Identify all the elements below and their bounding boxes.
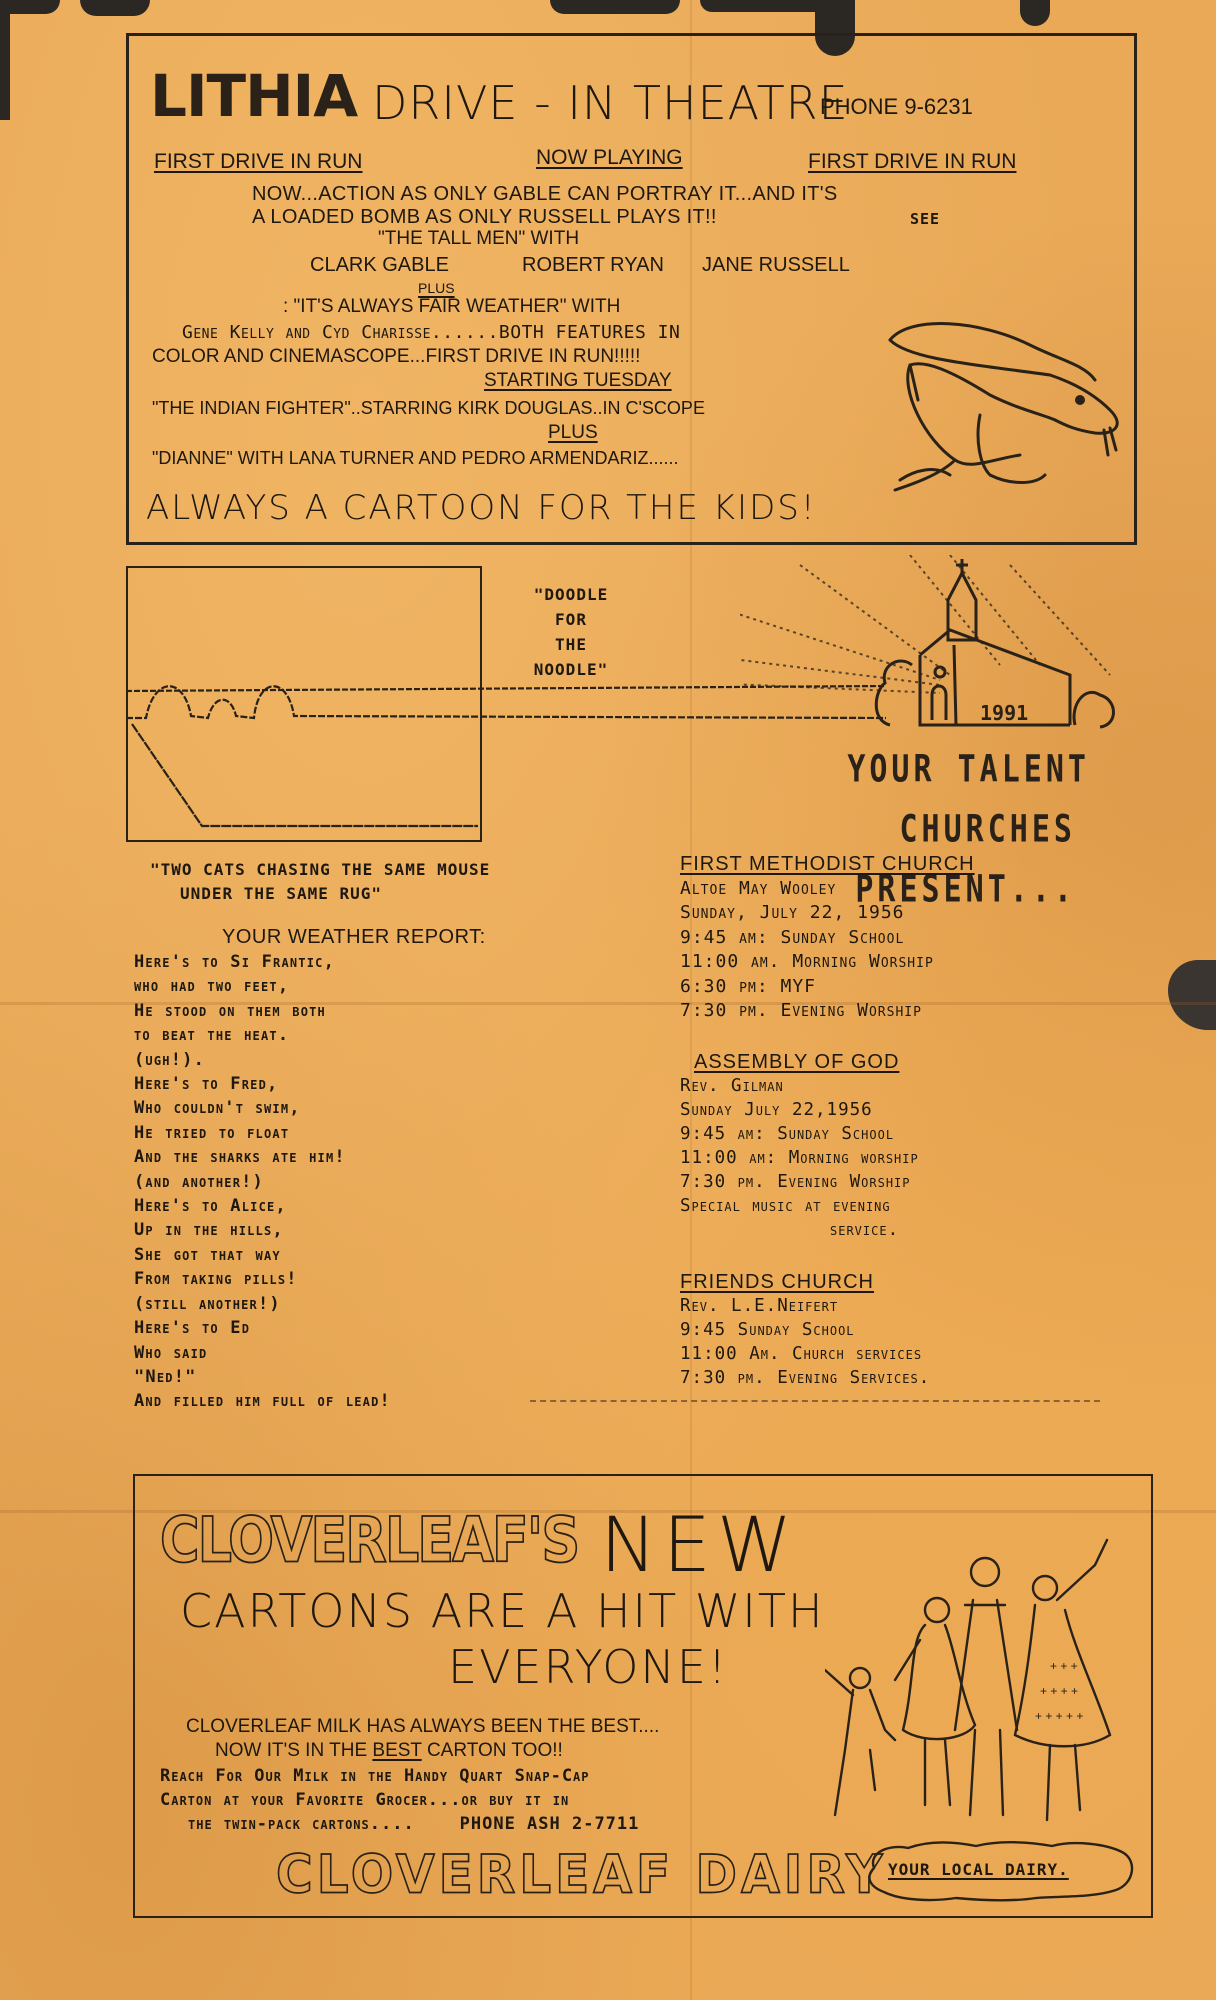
family-illustration: + + ++ + + + + + + + +	[825, 1530, 1135, 1830]
church-line: 6:30 pm: MYF	[680, 975, 975, 1000]
dairy-body-4: Carton at your Favorite Grocer...or buy …	[160, 1790, 569, 1810]
dairy-brand: CLOVERLEAF DAIRY	[276, 1844, 886, 1905]
caption-line: "TWO CATS CHASING THE SAME MOUSE	[150, 858, 490, 882]
poem-line: (and another!)	[134, 1170, 391, 1194]
color-cinemascope: COLOR AND CINEMASCOPE...FIRST DRIVE IN R…	[152, 346, 640, 368]
burned-edge	[80, 0, 150, 16]
feature-tall-men: "THE TALL MEN" WITH	[378, 228, 579, 250]
rabbit-illustration	[870, 300, 1120, 530]
doodle-caption: "TWO CATS CHASING THE SAME MOUSE UNDER T…	[150, 858, 490, 906]
church-line: service.	[680, 1218, 919, 1242]
weather-poem: Here's to Si Frantic,who had two feet,He…	[134, 950, 391, 1414]
poem-line: Here's to Ed	[134, 1316, 391, 1340]
church-line: 11:00 am. Morning Worship	[680, 950, 975, 975]
plus-label-2: PLUS	[548, 422, 598, 444]
dairy-headline-brand: CLOVERLEAF'S	[160, 1504, 578, 1576]
poem-line: (ugh!).	[134, 1048, 391, 1072]
dairy-headline-new: NEW	[600, 1500, 798, 1589]
church-name: FIRST METHODIST CHURCH	[680, 852, 975, 877]
church-line: 7:30 pm. Evening Worship	[680, 999, 975, 1024]
cast-kelly-charisse: Gene Kelly and Cyd Charisse......BOTH FE…	[182, 322, 680, 343]
church-name: ASSEMBLY OF GOD	[680, 1050, 919, 1074]
poem-line: And filled him full of lead!	[134, 1389, 391, 1413]
see-label: SEE	[910, 210, 940, 228]
svg-text:+ + + + +: + + + + +	[1035, 1709, 1083, 1723]
church-methodist: FIRST METHODIST CHURCHAltoe May WooleySu…	[680, 852, 975, 1024]
cloud-text: YOUR LOCAL DAIRY.	[888, 1860, 1069, 1879]
church-line: 11:00 am: Morning worship	[680, 1146, 919, 1170]
dairy-body-2: NOW IT'S IN THE BEST CARTON TOO!!	[215, 1740, 563, 1762]
poem-line: who had two feet,	[134, 974, 391, 998]
starting-tuesday: STARTING TUESDAY	[484, 370, 672, 392]
first-run-left: FIRST DRIVE IN RUN	[154, 150, 362, 174]
poem-line: (still another!)	[134, 1292, 391, 1316]
church-line: 7:30 pm. Evening Worship	[680, 1170, 919, 1194]
dairy-body-5: the twin-pack cartons.... PHONE ASH 2-77…	[188, 1814, 639, 1834]
faint-dotted-line	[530, 1400, 1100, 1402]
poem-line: Who said	[134, 1341, 391, 1365]
church-line: Sunday July 22,1956	[680, 1098, 919, 1122]
doodle-title-line: "DOODLE	[506, 582, 636, 607]
cast-gable: CLARK GABLE	[310, 254, 449, 277]
poem-line: He stood on them both	[134, 999, 391, 1023]
poem-line: Who couldn't swim,	[134, 1096, 391, 1120]
church-line: 7:30 pm. Evening Services.	[680, 1366, 930, 1390]
emphasis-best: BEST	[372, 1740, 421, 1761]
first-run-right: FIRST DRIVE IN RUN	[808, 150, 1016, 174]
plus-label: PLUS	[418, 280, 455, 296]
poem-line: From taking pills!	[134, 1267, 391, 1291]
dairy-body-1: CLOVERLEAF MILK HAS ALWAYS BEEN THE BEST…	[186, 1716, 659, 1738]
cast-ryan: ROBERT RYAN	[522, 254, 664, 277]
church-line: 9:45 am: Sunday School	[680, 926, 975, 951]
poem-line: Here's to Fred,	[134, 1072, 391, 1096]
church-line: 11:00 Am. Church services	[680, 1342, 930, 1366]
church-name: FRIENDS CHURCH	[680, 1270, 930, 1294]
church-line: 9:45 Sunday School	[680, 1318, 930, 1342]
church-line: Sunday, July 22, 1956	[680, 901, 975, 926]
burned-edge	[1168, 960, 1216, 1030]
burned-edge	[1020, 0, 1050, 26]
church-assembly-of-god: ASSEMBLY OF GODRev. GilmanSunday July 22…	[680, 1050, 919, 1242]
doodle-title-line: NOODLE"	[506, 657, 636, 682]
svg-text:+ + + +: + + + +	[1040, 1684, 1078, 1698]
caption-line: UNDER THE SAME RUG"	[150, 882, 490, 906]
church-line: 9:45 am: Sunday School	[680, 1122, 919, 1146]
svg-text:+ + +: + + +	[1050, 1659, 1078, 1673]
poem-line: to beat the heat.	[134, 1023, 391, 1047]
church-illustration: 1991	[740, 555, 1120, 735]
church-line: Special music at evening	[680, 1194, 919, 1218]
doodle-title-line: FOR	[506, 607, 636, 632]
weather-heading: YOUR WEATHER REPORT:	[222, 926, 486, 949]
dairy-headline-2: CARTONS ARE A HIT WITH	[180, 1584, 825, 1638]
doodle-title-line: THE	[506, 632, 636, 657]
poem-line: He tried to float	[134, 1121, 391, 1145]
church-friends: FRIENDS CHURCHRev. L.E.Neifert9:45 Sunda…	[680, 1270, 930, 1390]
poem-line: "Ned!"	[134, 1365, 391, 1389]
feature-fair-weather: : "IT'S ALWAYS FAIR WEATHER" WITH	[283, 296, 620, 318]
talent-heading-line: YOUR TALENT	[690, 740, 1090, 800]
dairy-body-2-text: NOW IT'S IN THE BEST CARTON TOO!!	[215, 1740, 563, 1761]
feature-dianne: "DIANNE" WITH LANA TURNER AND PEDRO ARME…	[152, 448, 679, 469]
church-line: Altoe May Wooley	[680, 877, 975, 902]
doodle-title: "DOODLE FOR THE NOODLE"	[506, 582, 636, 682]
now-playing: NOW PLAYING	[536, 146, 683, 170]
burned-edge	[0, 0, 10, 120]
dairy-body-3: Reach For Our Milk in the Handy Quart Sn…	[160, 1766, 590, 1786]
cartoon-footer: ALWAYS A CARTOON FOR THE KIDS!	[146, 488, 816, 528]
poem-line: And the sharks ate him!	[134, 1145, 391, 1169]
poem-line: Up in the hills,	[134, 1218, 391, 1242]
church-line: Rev. Gilman	[680, 1074, 919, 1098]
dairy-headline-3: EVERYONE!	[448, 1640, 728, 1694]
theatre-logo: LITHIA	[150, 62, 357, 130]
burned-edge	[550, 0, 680, 14]
poem-line: Here's to Alice,	[134, 1194, 391, 1218]
svg-text:1991: 1991	[980, 701, 1028, 725]
poem-line: She got that way	[134, 1243, 391, 1267]
theatre-phone: PHONE 9-6231	[820, 94, 973, 120]
promo-line-2: A LOADED BOMB AS ONLY RUSSELL PLAYS IT!!	[252, 206, 717, 229]
feature-indian-fighter: "THE INDIAN FIGHTER"..STARRING KIRK DOUG…	[152, 398, 705, 419]
cast-russell: JANE RUSSELL	[702, 254, 850, 277]
theatre-title: DRIVE - IN THEATRE	[372, 76, 849, 130]
poem-line: Here's to Si Frantic,	[134, 950, 391, 974]
promo-line-1: NOW...ACTION AS ONLY GABLE CAN PORTRAY I…	[252, 183, 837, 206]
church-line: Rev. L.E.Neifert	[680, 1294, 930, 1318]
